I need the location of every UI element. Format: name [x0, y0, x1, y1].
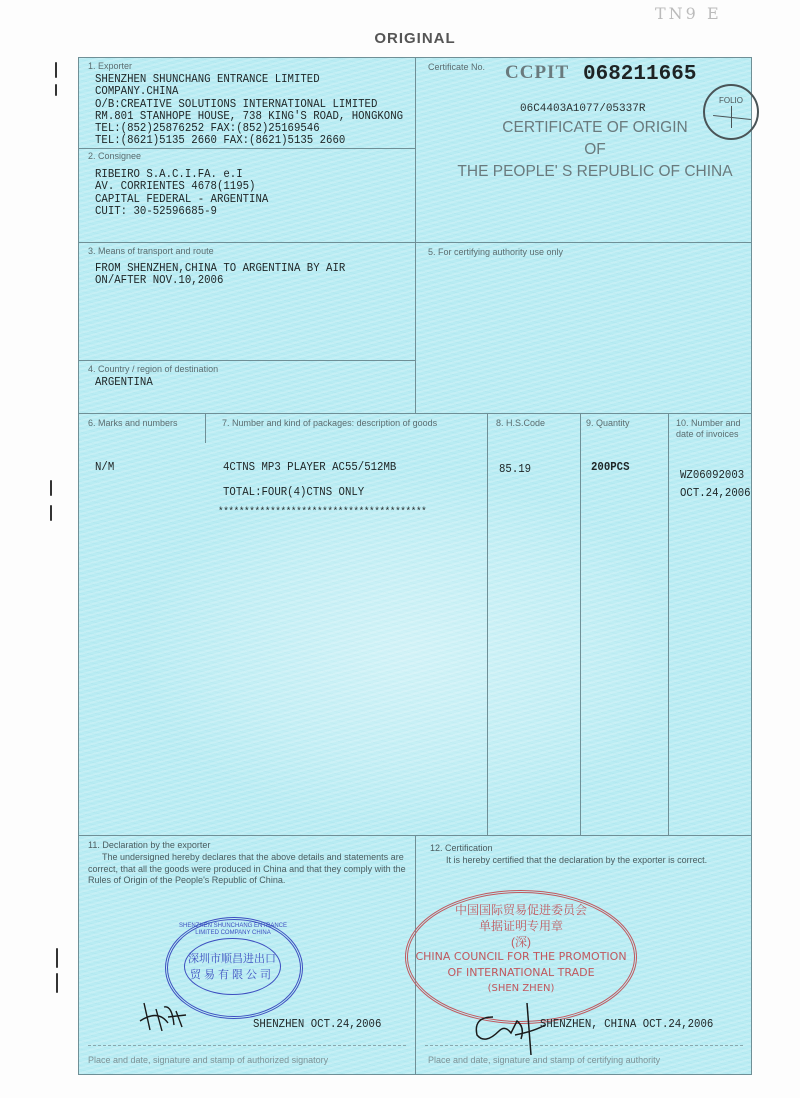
exporter-block: SHENZHEN SHUNCHANG ENTRANCE LIMITED COMP…	[95, 74, 426, 148]
divider	[78, 413, 752, 414]
folio-mark	[713, 115, 751, 120]
declaration-text: The undersigned hereby declares that the…	[88, 852, 406, 887]
stamp-outer-text: SHENZHEN SHUNCHANG ENTRANCE LIMITED COMP…	[174, 923, 292, 937]
margin-mark	[55, 62, 57, 78]
divider	[78, 148, 415, 149]
folio-stamp: FOLIO	[703, 84, 759, 140]
signature-scribble-icon	[138, 995, 188, 1035]
ccpit-prefix: CCPIT	[505, 62, 569, 84]
margin-mark	[56, 973, 58, 993]
hs-code-value: 85.19	[499, 464, 531, 476]
transport-label: 3. Means of transport and route	[88, 246, 214, 257]
transport-block: FROM SHENZHEN,CHINA TO ARGENTINA BY AIR …	[95, 263, 364, 288]
exporter-signature	[138, 995, 188, 1035]
margin-mark	[56, 948, 58, 968]
certifier-footer: Place and date, signature and stamp of c…	[428, 1055, 660, 1066]
certificate-number: 068211665	[583, 63, 696, 86]
col-header-hs-code: 8. H.S.Code	[496, 418, 545, 429]
stamp-english-line: (SHEN ZHEN)	[408, 983, 634, 994]
certificate-no-label: Certificate No.	[428, 62, 485, 73]
certification-label: 12. Certification	[430, 843, 493, 855]
exporter-line: TEL:(8621)5135 2660 FAX:(8621)5135 2660	[95, 135, 403, 147]
description-value: 4CTNS MP3 PLAYER AC55/512MB	[223, 462, 396, 474]
folio-stamp-text: FOLIO	[705, 96, 757, 105]
certifying-authority-label: 5. For certifying authority use only	[428, 247, 563, 258]
stamp-english-line: OF INTERNATIONAL TRADE	[408, 966, 634, 979]
exporter-place-date: SHENZHEN OCT.24,2006	[253, 1019, 381, 1031]
divider	[580, 413, 581, 835]
great-wall-watermark	[130, 470, 690, 830]
signature-line	[88, 1045, 406, 1046]
stamp-chinese-line: 深圳市顺昌进出口	[168, 950, 296, 966]
transport-line: ON/AFTER NOV.10,2006	[95, 275, 345, 287]
margin-mark	[55, 84, 57, 96]
divider	[78, 242, 752, 243]
margin-mark	[50, 480, 52, 496]
heading-line: THE PEOPLE' S REPUBLIC OF CHINA	[420, 161, 770, 182]
document-title: ORIGINAL	[0, 30, 800, 47]
total-packages: TOTAL:FOUR(4)CTNS ONLY	[223, 487, 364, 499]
certification-text: It is hereby certified that the declarat…	[446, 855, 707, 867]
quantity-value: 200PCS	[591, 462, 630, 474]
exporter-label: 1. Exporter	[88, 61, 132, 72]
terminator-line: ****************************************	[218, 507, 426, 519]
exporter-signatory-footer: Place and date, signature and stamp of a…	[88, 1055, 328, 1066]
col-header-invoices: 10. Number and date of invoices	[676, 418, 746, 440]
col-header-description: 7. Number and kind of packages: descript…	[222, 418, 437, 429]
divider	[205, 413, 206, 443]
stamp-chinese-line: 单据证明专用章	[408, 917, 634, 934]
declaration-label: 11. Declaration by the exporter	[88, 840, 210, 852]
invoice-date: OCT.24,2006	[680, 488, 751, 500]
col-header-quantity: 9. Quantity	[586, 418, 630, 429]
destination-value: ARGENTINA	[95, 377, 153, 389]
consignee-line: CUIT: 30-52596685-9	[95, 206, 268, 218]
consignee-label: 2. Consignee	[88, 151, 141, 162]
stamp-english-line: CHINA COUNCIL FOR THE PROMOTION	[408, 950, 634, 963]
reference-number: 06C4403A1077/05337R	[520, 103, 645, 115]
certifier-place-date: SHENZHEN, CHINA OCT.24,2006	[540, 1019, 713, 1031]
divider	[78, 360, 415, 361]
divider	[668, 413, 669, 835]
marks-value: N/M	[95, 462, 114, 474]
stamp-chinese-line: 贸易有限公司	[168, 966, 296, 982]
destination-label: 4. Country / region of destination	[88, 364, 218, 375]
stamp-chinese-line: (深)	[408, 933, 634, 950]
consignee-block: RIBEIRO S.A.C.I.FA. e.I AV. CORRIENTES 4…	[95, 169, 281, 218]
divider	[487, 413, 488, 835]
margin-mark	[50, 505, 52, 521]
invoice-number: WZ06092003	[680, 470, 744, 482]
heading-line: OF	[420, 139, 770, 160]
stamp-chinese-line: 中国国际贸易促进委员会	[408, 901, 634, 918]
col-header-marks: 6. Marks and numbers	[88, 418, 178, 429]
pencil-annotation: TN9 E	[655, 4, 722, 23]
